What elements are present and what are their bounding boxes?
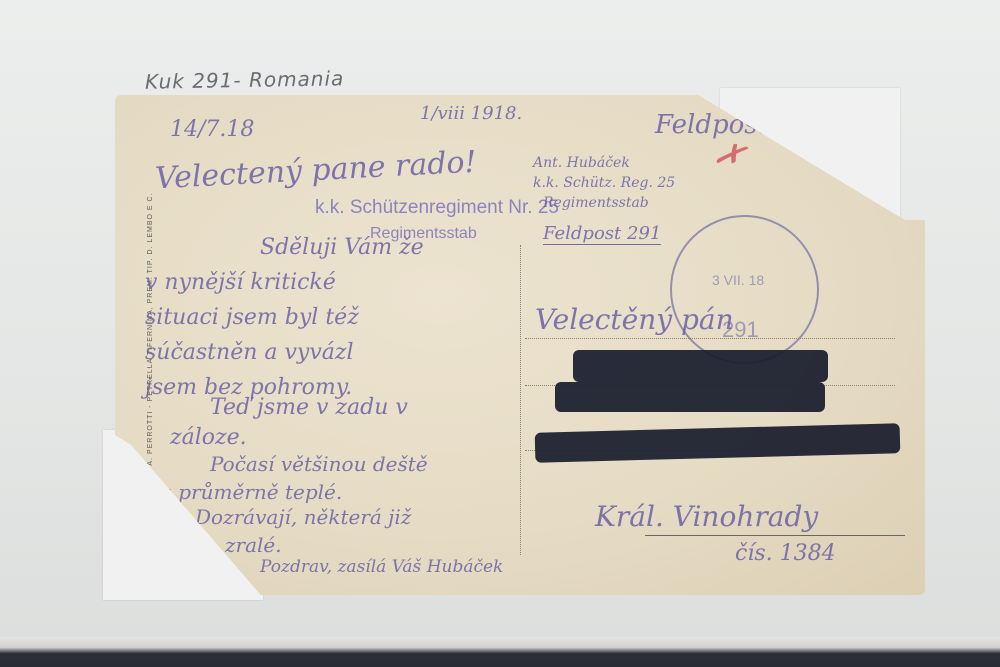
sender-line-4: Feldpost 291 — [543, 223, 661, 245]
message-line-7: Teď jsme v zadu v — [210, 395, 408, 420]
message-line-5: súčastněn a vyvázl — [145, 340, 354, 365]
postcard: FIS. A. PERROTTI - PETRELLA TIFERNINA, P… — [115, 95, 925, 595]
message-line-2: Sděluji Vám že — [260, 235, 424, 260]
regiment-stamp-line1: k.k. Schützenregiment Nr. 25 — [315, 197, 559, 219]
message-line-9: Počasí většinou deště — [210, 452, 428, 476]
redaction-bar-1 — [573, 350, 828, 382]
address-line-1 — [525, 338, 895, 339]
message-line-11: Dozrávají, některá již — [195, 505, 411, 529]
message-line-8: záloze. — [170, 425, 247, 450]
message-line-13: Pozdrav, zasílá Váš Hubáček — [260, 557, 503, 577]
recipient-house-number: čís. 1384 — [735, 541, 836, 566]
address-divider — [520, 245, 521, 555]
recipient-city: Král. Vinohrady — [595, 500, 818, 533]
postmark-date: 3 VII. 18 — [712, 272, 764, 288]
postmark: 3 VII. 18 291 — [670, 215, 819, 364]
sender-line-2: k.k. Schütz. Reg. 25 — [533, 175, 675, 191]
date-received: 1/viii 1918. — [420, 103, 522, 124]
city-underline — [645, 535, 905, 536]
message-line-12: zralé. — [225, 533, 282, 557]
message-line-1: Velectený pane rado! — [154, 145, 477, 197]
redaction-bar-2 — [555, 382, 825, 412]
message-line-3: v nynější kritické — [145, 270, 336, 295]
album-pencil-note: Kuk 291- Romania — [145, 66, 345, 93]
recipient-salutation: Velectěný pán — [535, 303, 734, 336]
sender-line-3: Regimentsstab — [543, 195, 649, 211]
message-line-4: situaci jsem byl též — [145, 305, 359, 330]
sender-line-1: Ant. Hubáček — [533, 155, 630, 171]
album-binding-edge — [0, 637, 1000, 667]
message-line-10: a průměrně teplé. — [160, 480, 342, 504]
date-written: 14/7.18 — [170, 117, 254, 142]
printer-imprint: FIS. A. PERROTTI - PETRELLA TIFERNINA, P… — [147, 193, 154, 486]
redaction-bar-3 — [535, 423, 901, 463]
